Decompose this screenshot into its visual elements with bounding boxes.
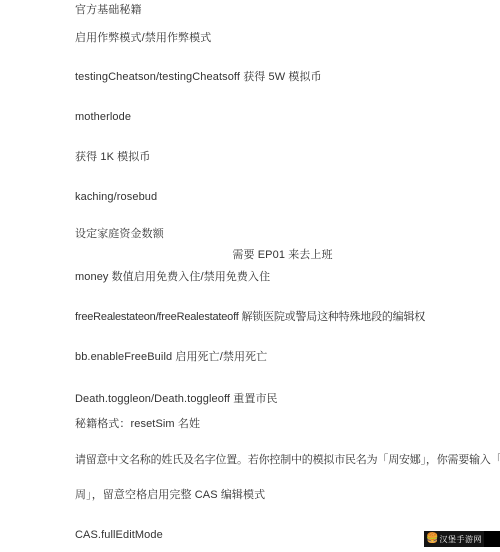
watermark-label: 汉堡手游网 — [440, 534, 483, 545]
line-kaching-rosebud-command: kaching/rosebud — [75, 191, 490, 204]
line-requires-ep01-note: 需要 EP01 来去上班 — [75, 249, 490, 262]
watermark-corner-block — [484, 531, 500, 547]
line-set-household-funds: 设定家庭资金数额 — [75, 228, 490, 241]
line-money-free-moveln: money 数值启用免费入住/禁用免费入住 — [75, 271, 490, 284]
line-enable-disable-cheat-mode: 启用作弊模式/禁用作弊模式 — [75, 32, 490, 45]
line-get-1k-simoleons: 获得 1K 模拟币 — [75, 151, 490, 164]
line-testingcheats-command: testingCheatson/testingCheatsoff 获得 5W 模… — [75, 71, 490, 84]
line-resetsim-format: 秘籍格式：resetSim 名姓 — [75, 418, 490, 431]
line-chinese-name-note-1: 请留意中文名称的姓氏及名字位置。若你控制中的模拟市民名为「周安娜」，你需要输入「… — [75, 454, 490, 467]
line-freerealestate-command: freeRealestateon/freeRealestateoff 解锁医院或… — [75, 311, 490, 324]
watermark-badge: 🍔 汉堡手游网 — [424, 531, 500, 547]
line-official-basic-cheats: 官方基础秘籍 — [75, 4, 490, 17]
cheat-codes-document: 官方基础秘籍 启用作弊模式/禁用作弊模式 testingCheatson/tes… — [0, 0, 500, 552]
line-enablefreebuild-command: bb.enableFreeBuild 启用死亡/禁用死亡 — [75, 351, 490, 364]
line-chinese-name-note-2: 周」，留意空格启用完整 CAS 编辑模式 — [75, 489, 490, 502]
hamburger-icon: 🍔 — [426, 531, 438, 547]
line-motherlode-command: motherlode — [75, 111, 490, 124]
line-death-toggle-command: Death.toggleon/Death.toggleoff 重置市民 — [75, 393, 490, 406]
